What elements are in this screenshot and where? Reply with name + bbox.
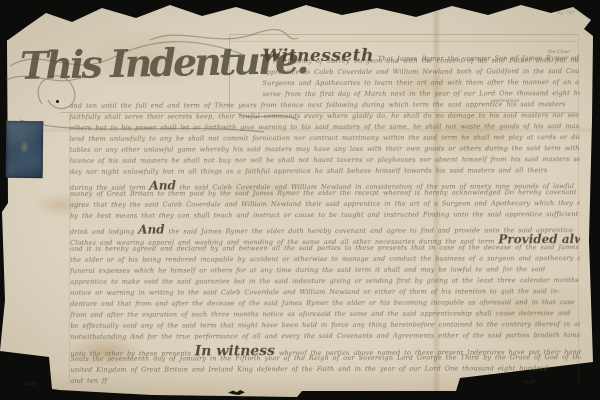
manuscript-body: Witnesseth That James Rymer the younger …	[69, 45, 580, 392]
manuscript-text: denture and that from and after the dece…	[70, 298, 575, 308]
manuscript-text: in the County of Surrey Surgeon and with…	[262, 56, 580, 65]
manuscript-text: money of Great Britain to them paid by t…	[70, 188, 581, 198]
pencil-annotation: Ry 748	[557, 10, 575, 17]
manuscript-text: serve from the first day of March next i…	[263, 89, 581, 98]
manuscript-text: apprentice to Caleb Coverdale and Willia…	[262, 67, 580, 76]
manuscript-text: apprentice to make void the said guarant…	[70, 276, 579, 286]
manuscript-text: and it is hereby agreed and declared by …	[70, 243, 581, 253]
duty-stamp	[6, 121, 44, 178]
manuscript-text: Surgeons and Apothecaries to learn their…	[263, 78, 581, 87]
manuscript-text: notice or warning in writing to the said…	[70, 287, 559, 297]
ink-speck	[56, 100, 59, 103]
manuscript-text: Seals the seventeenth day of January in …	[70, 353, 580, 363]
manuscript-text: day nor night unlawfully but in all thin…	[70, 166, 548, 176]
manuscript-text: be effectually void any of the said term…	[70, 320, 580, 330]
manuscript-line: and ten ff	[71, 375, 581, 388]
seal-slit	[22, 381, 39, 386]
manuscript-text: and ten until the full end and term of T…	[70, 100, 566, 110]
manuscript-text: and ten ff	[71, 377, 108, 385]
manuscript-text: funeral expenses which he himself or oth…	[70, 265, 545, 275]
manuscript-text: united Kingdom of Great Britain and Irel…	[71, 364, 549, 374]
manuscript-text: others but to his power shall let or for…	[70, 122, 581, 132]
manuscript-text: by the best means that they can shall te…	[70, 210, 581, 220]
photograph-of-indenture: This Indenture. Ry 748 the Close apprent…	[0, 0, 600, 400]
manuscript-text: agree that they the said Caleb Coverdale…	[70, 199, 581, 209]
manuscript-text: licence of his said masters he shall not…	[70, 155, 581, 165]
manuscript-text: tables or any other unlawful game whereb…	[70, 144, 581, 154]
manuscript-text: faithfully shall serve their secrets kee…	[70, 111, 581, 121]
manuscript-text: notwithstanding And for the true perform…	[70, 331, 580, 341]
manuscript-text: from and after the expiration of such th…	[70, 309, 570, 319]
manuscript-text: lend them unlawfully to any he shall not…	[70, 133, 581, 143]
manuscript-text: the elder or of his being rendered incap…	[70, 254, 580, 264]
